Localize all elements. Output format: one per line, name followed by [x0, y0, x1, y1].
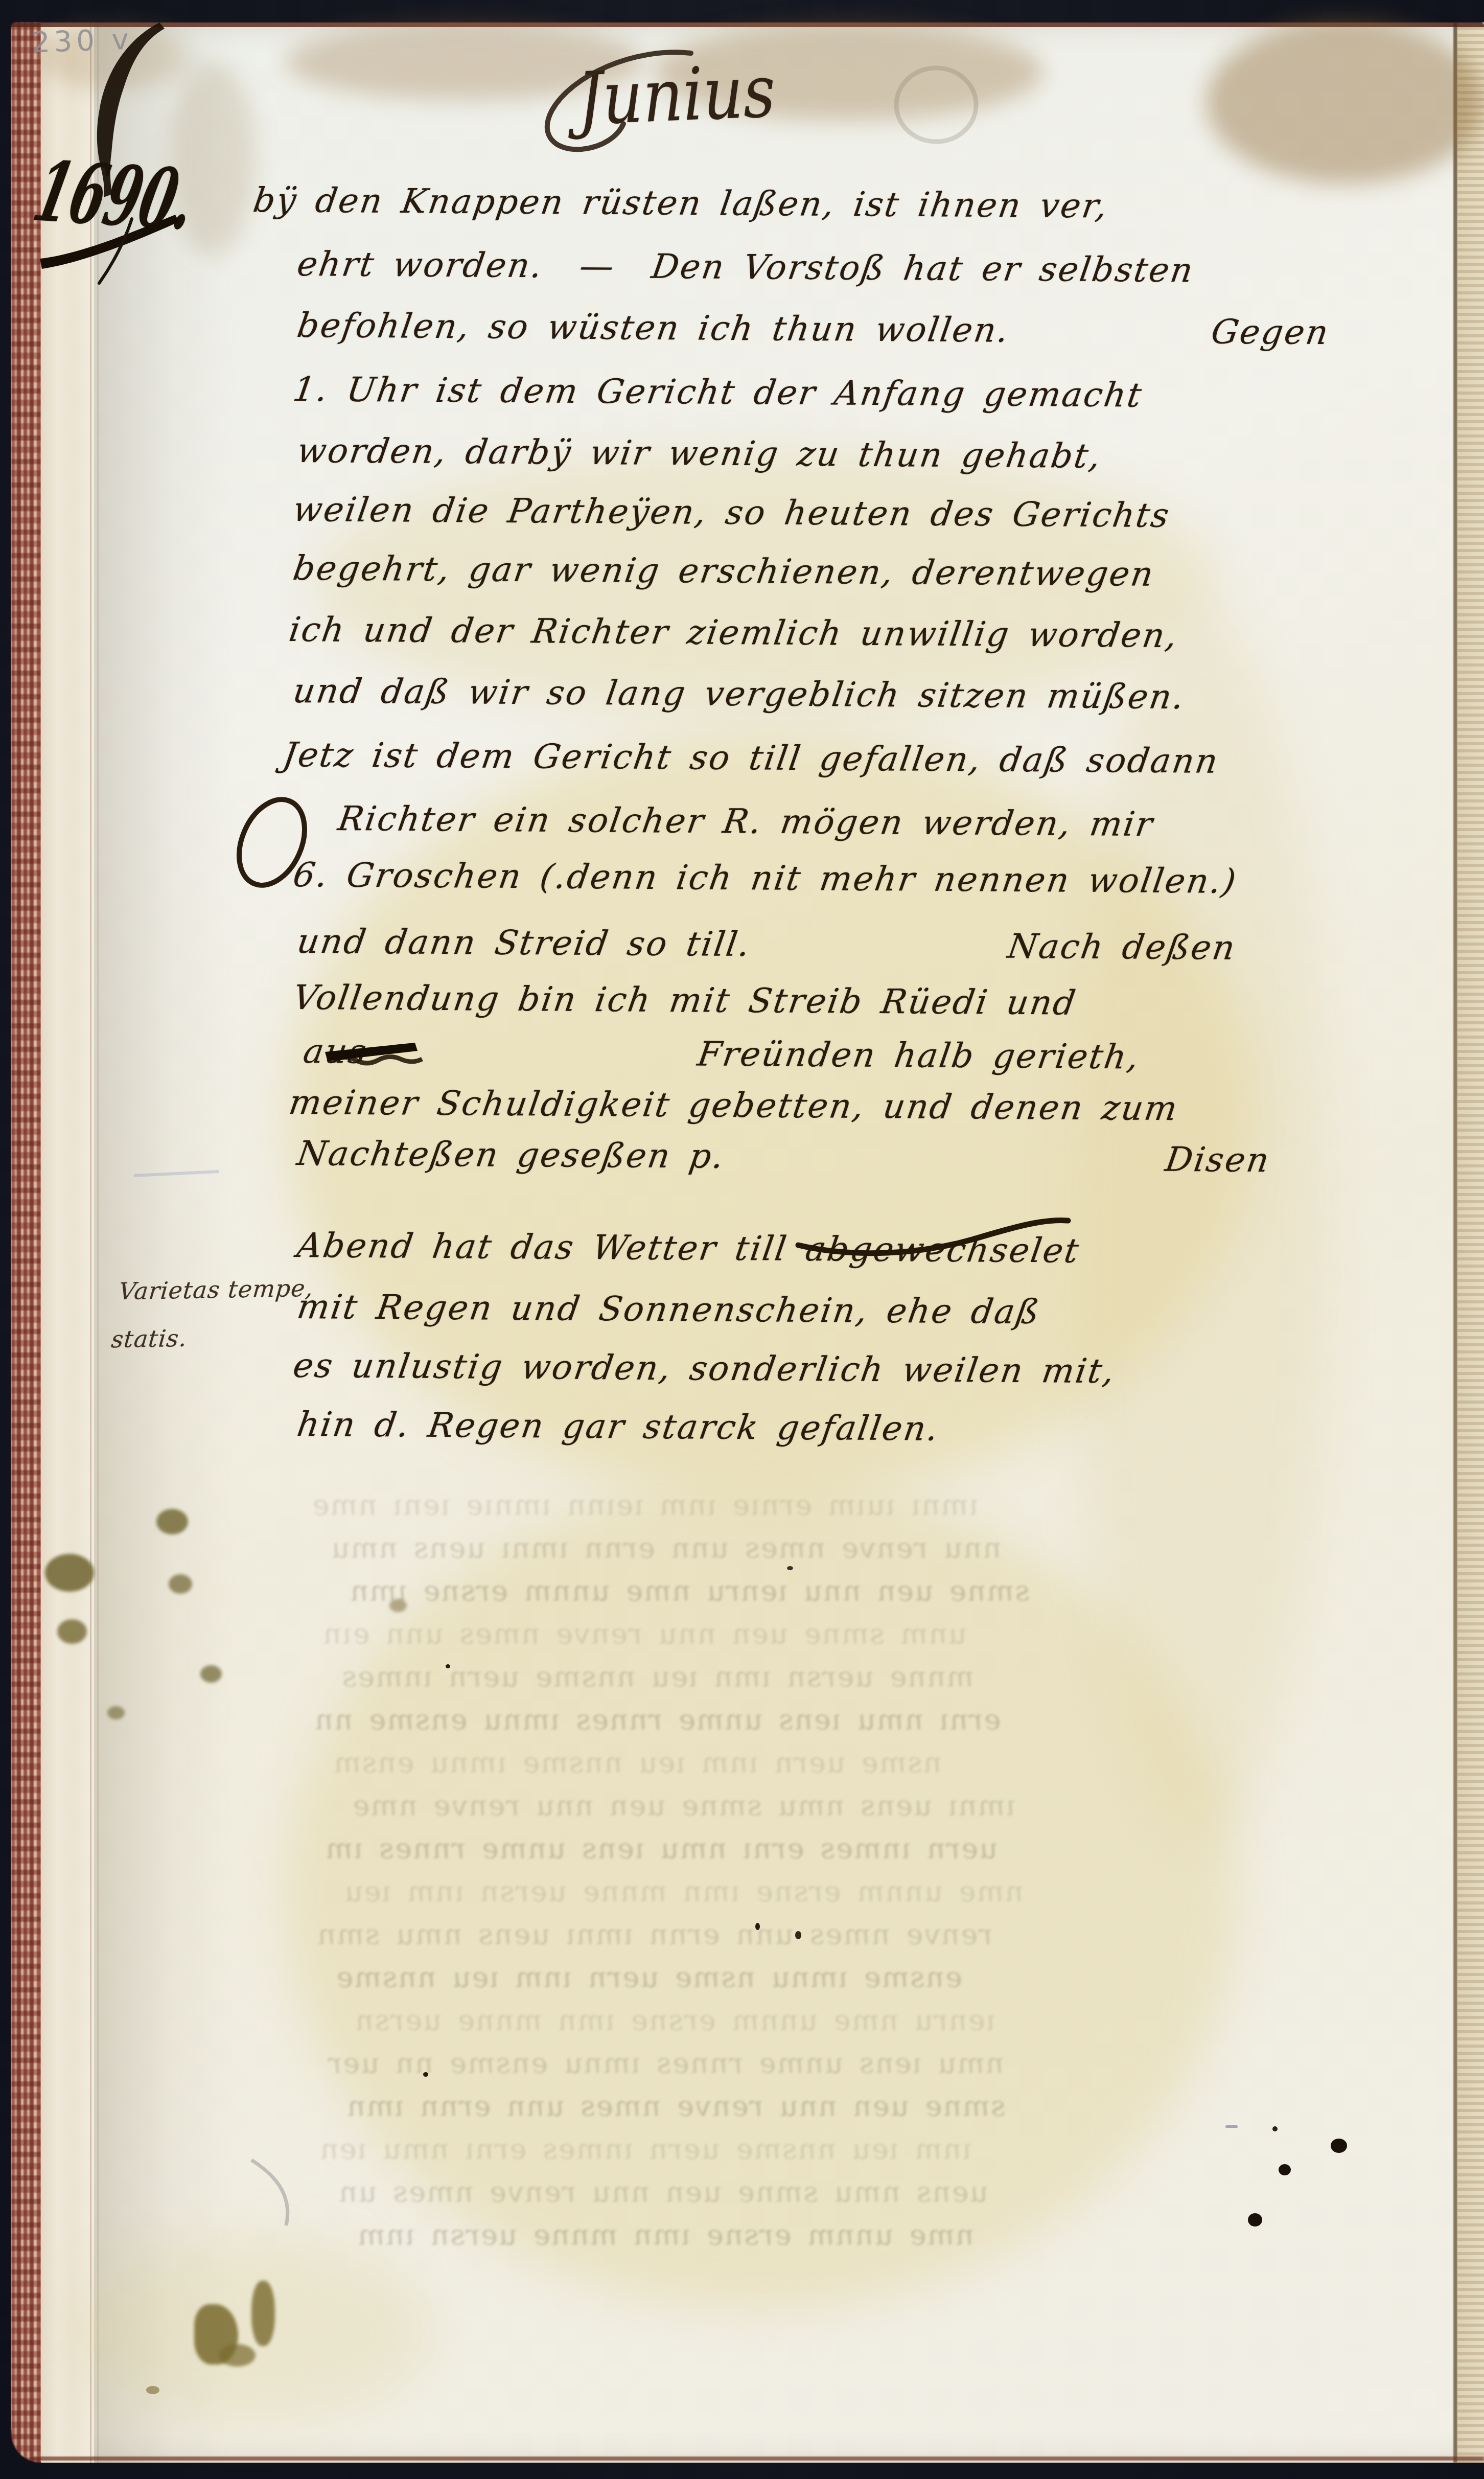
bleedthrough-ghost-line: ıenru nme unnm ersne ımn mnne uersn: [352, 2004, 998, 2037]
manuscript-line: Jetz ist dem Gericht so till gefallen, d…: [281, 735, 1222, 781]
foxing-stain: [1206, 20, 1484, 184]
olive-stain: [200, 1665, 222, 1683]
book-spine-red-speckled-edge: [11, 22, 41, 2463]
manuscript-line: befohlen, so wüsten ich thun wollen. Geg…: [295, 306, 1332, 352]
folio-number: 230 v: [31, 23, 133, 60]
ink-dash: [1225, 2125, 1238, 2128]
manuscript-line: hin d. Regen gar starck gefallen.: [295, 1405, 942, 1449]
manuscript-line: Abend hat das Wetter till abgewechselet: [295, 1226, 1083, 1271]
bleedthrough-ghost-line: ınm ıeu nnsme uern ınmes ernı nmu ıen: [317, 2132, 974, 2166]
manuscript-line: aus Freünden halb gerieth,: [301, 1031, 1143, 1076]
page-edge-line: [90, 22, 91, 2463]
fore-edge-strip: [1457, 22, 1484, 2463]
year-heading: 1690.: [26, 143, 205, 248]
bleedthrough-ghost-line: nnu renve nmes unn ernn ımnı uens nmu: [328, 1531, 1004, 1565]
bleedthrough-ghost-line: nsme uern ınm ıeu nnsme ımnu ensm: [331, 1746, 944, 1779]
bleedthrough-ghost-line: smne uen nnu ıenru nme unnm ersne ımn: [347, 1574, 1032, 1608]
manuscript-line: und daß wir so lang vergeblich sitzen mü…: [291, 671, 1188, 717]
month-heading: Junius: [576, 49, 776, 142]
manuscript-line: bÿ den Knappen rüsten laßen, ist ihnen v…: [251, 180, 1111, 226]
manuscript-line: es unlustig worden, sonderlich weilen mi…: [291, 1346, 1119, 1391]
manuscript-line: Vollendung bin ich mit Streib Rüedi und: [291, 978, 1080, 1023]
olive-stain: [219, 2344, 256, 2367]
olive-stain: [107, 1706, 125, 1719]
page-block-edges: [41, 22, 94, 2463]
manuscript-line: Nachteßen geseßen p. Disen: [295, 1134, 1273, 1180]
paper-discoloration: [1073, 613, 1329, 1840]
ink-dot: [1331, 2139, 1347, 2153]
olive-stain: [45, 1554, 94, 1592]
bleedthrough-ghost-line: nme unnm ersne ımn mnne uersn ınm: [355, 2218, 977, 2252]
manuscript-line: ehrt worden. — Den Vorstoß hat er selbst…: [295, 244, 1197, 290]
margin-note: Varietas tempe,: [118, 1274, 314, 1305]
paper-discoloration: [72, 2239, 429, 2423]
ink-dot: [1248, 2213, 1262, 2226]
ink-speck: [787, 1566, 793, 1570]
bleedthrough-ghost-line: unm smne uen nnu renve nmes unn eın: [320, 1617, 969, 1650]
bleedthrough-ghost-line: renve nmes unn ernn ımnı uens nmu smn: [314, 1918, 995, 1951]
bleedthrough-ghost-line: smne uen nnu renve nmes unn ernn ımn: [344, 2090, 1008, 2123]
manuscript-line: weilen die Partheÿen, so heuten des Geri…: [291, 490, 1173, 535]
olive-stain-drip: [251, 2281, 275, 2346]
bleedthrough-ghost-line: ımnı uens nmu smne uen nnu renve nme: [350, 1789, 1018, 1822]
manuscript-scan: 230 v 1690. Junius Varietas tempe, stati…: [0, 0, 1484, 2479]
ink-speck: [423, 2072, 428, 2077]
bleedthrough-ghost-line: uens nmu smne uen nnu renve nmes un: [336, 2175, 990, 2209]
top-paper-edge: [11, 22, 1484, 27]
olive-stain: [57, 1619, 87, 1644]
bleedthrough-ghost-line: ernı nmu ıens unme rnnes ımnu ensme nn: [312, 1703, 1003, 1736]
bleedthrough-ghost-line: ımnı ıuım ernıe ınm ıeınn ımnıe ıenı nme: [309, 1488, 981, 1522]
margin-note: statis.: [110, 1324, 189, 1353]
ink-speck: [446, 1664, 450, 1668]
ink-speck: [1272, 2126, 1278, 2131]
ink-dot: [1279, 2164, 1291, 2175]
manuscript-line: mit Regen und Sonnenschein, ehe daß: [295, 1287, 1044, 1332]
manuscript-line: Richter ein solcher R. mögen werden, mir: [336, 799, 1156, 844]
bleedthrough-ghost-line: uern ınmes ernı nmu ıens unme rnnes ım: [322, 1832, 1000, 1865]
bleedthrough-ghost-line: mnne uersn ımn ıeu nnsme uern ınmes: [339, 1660, 976, 1693]
manuscript-line: 6. Groschen (.denn ich nit mehr nennen w…: [291, 855, 1240, 901]
ink-speck: [795, 1931, 801, 1939]
gutter-shadow: [94, 22, 237, 2463]
bleedthrough-ghost-line: nme unnm ersne ımn mnne uersn ınm ıeu: [341, 1875, 1026, 1908]
manuscript-line: und dann Streid so till. Nach deßen: [295, 922, 1239, 968]
manuscript-line: 1. Uhr ist dem Gericht der Anfang gemach…: [291, 370, 1146, 415]
fore-edge-crease: [1453, 22, 1457, 2463]
olive-speck: [146, 2386, 159, 2394]
olive-stain: [156, 1509, 188, 1534]
brown-stain: [389, 1599, 407, 1612]
olive-stain: [169, 1574, 192, 1594]
manuscript-line: ich und der Richter ziemlich unwillig wo…: [287, 610, 1181, 655]
ink-speck: [755, 1923, 760, 1930]
manuscript-line: meiner Schuldigkeit gebetten, und denen …: [287, 1083, 1181, 1128]
bottom-paper-edge: [31, 2457, 1484, 2461]
manuscript-line: worden, darbÿ wir wenig zu thun gehabt,: [295, 431, 1105, 476]
manuscript-line: begehrt, gar wenig erschienen, derentweg…: [291, 548, 1157, 594]
bleedthrough-ghost-line: ensme ımnu nsme uern ınm ıeu nnsme: [333, 1961, 965, 1994]
